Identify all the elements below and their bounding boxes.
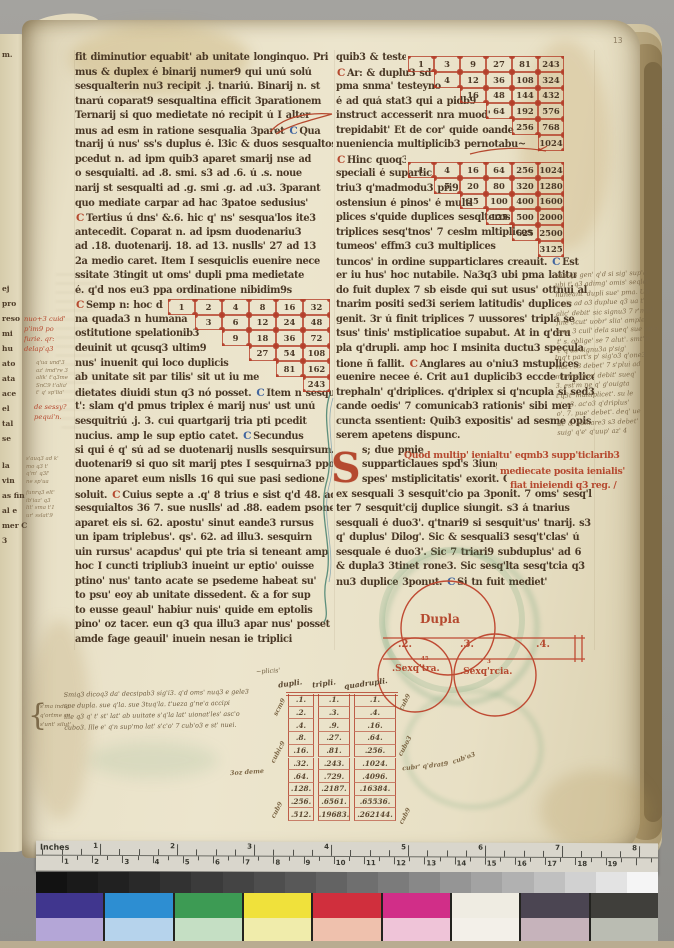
ruler-tick-cm <box>258 857 259 861</box>
grayscale-patch <box>67 872 98 893</box>
text-run: soluit. <box>75 490 111 501</box>
ruler-tick-cm <box>77 856 78 860</box>
text-line: sesquialtos 36 7. sue nuslls' ad .88. ea… <box>75 503 333 516</box>
text-line: ad .18. duotenarij. 18. ad 13. nuslls' 2… <box>75 241 333 254</box>
pilcrow-mark: C <box>552 256 560 268</box>
table-cell: 48 <box>486 88 512 104</box>
red-underline-swash <box>468 144 548 158</box>
ruler-tick-inch <box>370 850 371 856</box>
color-patch <box>591 893 658 918</box>
grayscale-patch <box>160 872 191 893</box>
table-cell: 64 <box>486 103 512 119</box>
text-run: ter 7 sesquit'cij duplice siungit. s3 á … <box>336 503 570 514</box>
table-cell: 4 <box>222 299 249 315</box>
ruler-tick-inch <box>177 844 178 855</box>
diagram-label-dupla: Dupla <box>420 612 460 626</box>
ruler-number-cm: 6 <box>215 858 220 866</box>
text-line: none aparet eum nislls 16 qui sue pasi s… <box>75 474 333 487</box>
text-line: hoc I cuncti tripliub3 inueint ur eptio'… <box>75 561 333 574</box>
ruler-number-cm: 12 <box>396 859 406 867</box>
color-patch <box>313 893 380 918</box>
text-run: antecedit. Coparat n. ad ipsm duodenariu… <box>75 227 301 238</box>
text-run: tumeos' effm3 cu3 multiplices <box>336 241 496 252</box>
facing-page-text-snippet: ace <box>2 389 16 398</box>
diagram-band-number: .4. <box>536 639 550 650</box>
text-line: aparet eis si. 62. apostu' sinut eande3 … <box>75 518 333 531</box>
text-run: pma snma' testeyno <box>336 81 441 92</box>
pastel-color-patch <box>105 918 172 943</box>
table-cell: 192 <box>512 103 538 119</box>
text-run: o sesquialti. ad .8. smi. s3 ad .6. ú .s… <box>75 168 302 179</box>
ruler-tick-cm <box>349 857 350 861</box>
pastel-color-patch <box>521 918 588 943</box>
text-line: CSemp n: hoc diui <box>75 299 163 312</box>
grayscale-patch <box>471 872 502 893</box>
ruler-tick-inch <box>119 849 120 855</box>
table-cell: 3 <box>195 315 222 331</box>
text-run: aparet eis si. 62. apostu' sinut eande3 … <box>75 518 314 529</box>
ruler-tick-inch <box>254 845 255 856</box>
ruler-tick-cm <box>319 857 320 861</box>
text-run: duotenari9 si quo sit marij ptes I sesqu… <box>75 459 333 470</box>
text-line: triplices sesq'tnos' 7 ceslm mltiplices <box>336 227 536 240</box>
facing-page-text-snippet: la <box>2 461 10 470</box>
pilcrow-mark: C <box>243 430 251 442</box>
ruler-number-cm: 15 <box>487 860 497 868</box>
text-line: soluit. CCuius septe a .q' 8 trius e sis… <box>75 489 333 502</box>
table-cell: 162 <box>303 361 330 377</box>
facing-page-text-snippet: 3 <box>2 536 7 545</box>
ruler-tick-inch <box>485 846 486 857</box>
table-cell: 16 <box>460 88 486 104</box>
text-run: ssitate 3tingit ut oms' dupli pma mediet… <box>75 270 304 281</box>
grayscale-patch <box>627 872 658 893</box>
table-cell: 12 <box>249 315 276 331</box>
table-cell: 400 <box>512 194 538 210</box>
table-cell: 81 <box>512 56 538 72</box>
grayscale-patch <box>565 872 596 893</box>
facing-page-text-snippet: ato <box>2 359 15 368</box>
text-run: pla q'drupli. amp hoc I msinita ductu3 s… <box>336 343 584 354</box>
table-cell: 256 <box>512 119 538 135</box>
text-run: 2a medio caret. Item I sesquiclis euenir… <box>75 256 320 267</box>
ruler-number-cm: 18 <box>577 860 587 868</box>
ruler-tick-cm <box>379 857 380 861</box>
table-cell: 12 <box>460 72 486 88</box>
table-cell: 48 <box>303 315 330 331</box>
ruler-tick-inch <box>350 850 351 856</box>
facing-page-text-snippet: el <box>2 404 10 413</box>
text-line: tnarú coparat9 sesqualtina efficit 3para… <box>75 96 333 109</box>
text-line: tumeos' effm3 cu3 multiplices <box>336 241 536 254</box>
page-edge-stack-4 <box>644 62 662 822</box>
ruler-number-cm: 7 <box>245 859 250 867</box>
ruler-tick-cm <box>545 858 546 865</box>
ruler-tick-cm <box>439 857 440 861</box>
table-cell: .729. <box>318 770 350 783</box>
ruler-tick-cm <box>530 858 531 862</box>
annotation-line: alik' t'q3me <box>36 375 84 383</box>
ruler-tick-inch <box>524 851 525 857</box>
text-run: tnarij ú nus' ss's duplus é. l3ic & duos… <box>75 139 333 150</box>
text-line: ssitate 3tingit ut oms' dupli pma mediet… <box>75 270 333 283</box>
grayscale-patch <box>191 872 222 893</box>
text-run: plices s'quide duplices sesqlteros' <box>336 212 510 223</box>
text-run: cande oedis' 7 comunicab3 rationis' sibi… <box>336 401 572 412</box>
ruler-number-cm: 1 <box>64 858 69 866</box>
diagram-correction-mark: 45 <box>421 656 429 662</box>
ruler-number-inch: 6 <box>473 844 483 852</box>
grayscale-patch <box>223 872 254 893</box>
annotation-line: p'im9 po <box>24 324 78 334</box>
ruler-tick-cm <box>394 857 395 864</box>
text-line: pcedut n. ad ipm quib3 aparet smarij nse… <box>75 154 333 167</box>
annotation-line: de sessy? <box>34 402 84 412</box>
annotation-line: mo q3 t' <box>26 464 76 472</box>
ruler-divider-line <box>36 855 658 859</box>
table-cell: .243. <box>318 758 350 771</box>
left-margin-red-note-1: nuo+3 cuid'p'im9 pofurie. qr:delap'q3 <box>24 314 78 354</box>
text-line: instruct accesserit nra muod' <box>336 110 510 123</box>
table-cell: 144 <box>512 88 538 104</box>
table-cell: 3125 <box>538 241 564 257</box>
annotation-line: funrq3 elt' <box>26 490 76 498</box>
ruler-number-inch: 7 <box>550 844 560 852</box>
ruler-tick-cm <box>424 857 425 864</box>
ruler-number-cm: 4 <box>155 858 160 866</box>
text-run: tsus' tinis' mstiplicatioe supabut. At i… <box>336 328 571 339</box>
text-run: pcedut n. ad ipm quib3 aparet smarij nse… <box>75 154 311 165</box>
table-cell: 25 <box>460 194 486 210</box>
ruler-tick-cm <box>183 856 184 863</box>
pastel-color-patch <box>313 918 380 943</box>
ruler-tick-inch <box>504 851 505 857</box>
text-run: Est <box>562 257 578 268</box>
table-cell: 500 <box>512 209 538 225</box>
ruler-number-inch: 8 <box>627 844 637 852</box>
table-cell: 1 <box>408 162 434 178</box>
text-line: serem apetens dispunc. <box>336 430 594 443</box>
grayscale-patch <box>285 872 316 893</box>
text-line: fit diminutior equabit' ab unitate longi… <box>75 52 333 65</box>
left-margin-red-note-2: de sessy?pequi'n. <box>34 402 84 422</box>
ruler-tick-inch <box>427 850 428 856</box>
text-line: t': slam q'd pmus triplex é marij nus' u… <box>75 401 333 414</box>
text-run: é ad quá stat3 qui a pidb9 <box>336 96 476 107</box>
ruler-number-cm: 3 <box>124 858 129 866</box>
text-line: cuncta ssentient: Quib3 expositis' ad se… <box>336 416 594 429</box>
text-line: sesquitriú .j. 3. cui quartgarij tria pt… <box>75 416 333 429</box>
ruler-tick-cm <box>621 858 622 862</box>
text-run: Semp n: hoc diui <box>86 300 163 311</box>
facing-page-text-snippet: reso <box>2 314 20 323</box>
table-cell: 16 <box>276 299 303 315</box>
text-run: Tertius ú dns' &.6. hic q' ns' sesqua'lo… <box>86 213 316 224</box>
parchment-stain <box>540 770 650 850</box>
ruler-tick-cm <box>153 856 154 863</box>
text-run: quib3 & testeyno <box>336 52 406 63</box>
table-cell: 18 <box>249 330 276 346</box>
diagram-band-number: .3. <box>460 639 474 650</box>
table-cell: 24 <box>276 315 303 331</box>
color-patch <box>244 893 311 918</box>
table-cell: .6561. <box>318 796 350 809</box>
text-run: ad .18. duotenarij. 18. ad 13. nuslls' 2… <box>75 241 316 252</box>
text-run: narij st sesqualti ad .g. smi .g. ad .u3… <box>75 183 320 194</box>
text-run: é. q'd nos eu3 ppa ordinatione nibidim9s <box>75 285 292 296</box>
color-patch <box>105 893 172 918</box>
ruler-number-cm: 13 <box>426 859 436 867</box>
ruler-tick-inch <box>601 851 602 857</box>
text-run: genit. 3r ú finit triplices 7 uussores' … <box>336 314 574 325</box>
ruler-tick-cm <box>122 856 123 863</box>
table-cell: .8. <box>288 732 314 745</box>
ruler-tick-cm <box>137 856 138 860</box>
text-run: un ipam triplebus'. qs'. 62. ad illu3. s… <box>75 532 312 543</box>
backing-surface <box>0 941 674 948</box>
pastel-calibration-bar <box>36 918 658 943</box>
text-run: mus ad esm in ratione sesqualia 3paret <box>75 126 288 137</box>
facing-page-text-snippet: mi <box>2 329 13 338</box>
text-line: sesqualterin nu3 recipit .j. tnariú. Bin… <box>75 81 333 94</box>
text-run: to eusse geaul' habiur nuis' quide em ep… <box>75 605 312 616</box>
table-cell: .4096. <box>354 770 396 783</box>
text-run: ostensiun é pinos' é multi <box>336 198 473 209</box>
ruler-tick-cm <box>500 858 501 862</box>
text-line: nucius. amp le sup eptio catet. CSecundu… <box>75 430 333 443</box>
annotation-line: lit' sma t'1 <box>26 505 76 513</box>
grayscale-patch <box>440 872 471 893</box>
table-cell: .4. <box>288 719 314 732</box>
text-run: quo mediate carpar ad hac 3patoe sedusiu… <box>75 198 308 209</box>
table-cell: .16384. <box>354 783 396 796</box>
table-cell: 27 <box>249 346 276 362</box>
facing-page-text-snippet: as fin <box>2 491 25 500</box>
table-cell: 4 <box>434 72 460 88</box>
ruler-tick-cm <box>243 857 244 864</box>
ruler-tick-inch <box>293 850 294 856</box>
text-run: do fuit duplex 7 sb eisde qui sut usus' … <box>336 285 587 296</box>
grayscale-patch <box>98 872 129 893</box>
ruler-tick-cm <box>198 856 199 860</box>
grayscale-patch <box>254 872 285 893</box>
text-run: supparticlaues spd's 3iungant pma <box>362 459 497 470</box>
table-cell: 1024 <box>538 162 564 178</box>
annotation-line: q'ua und'3 <box>36 360 84 368</box>
table-cell: 1280 <box>538 178 564 194</box>
text-line: dietates diuidi stun q3 nó posset. CItem… <box>75 387 333 400</box>
table-cell: 256 <box>512 162 538 178</box>
pilcrow-mark: C <box>256 387 264 399</box>
text-run: Secundus <box>253 431 303 442</box>
text-run: hoc I cuncti tripliub3 inueint ur eptio'… <box>75 561 314 572</box>
text-line: supparticlaues spd's 3iungant pma <box>362 459 497 472</box>
text-run: instruct accesserit nra muod' <box>336 110 490 121</box>
ruler-number-inch: 2 <box>165 842 175 850</box>
table-cell: .65536. <box>354 796 396 809</box>
text-line: é. q'd nos eu3 ppa ordinatione nibidim9s <box>75 285 333 298</box>
annotation-line: nuo+3 cuid' <box>24 314 78 324</box>
annotation-line: ne sp'ua <box>26 479 76 487</box>
text-run: nus' inuenit qui loco duplicis <box>75 358 228 369</box>
ruler-tick-cm <box>92 856 93 863</box>
ruler-tick-cm <box>560 858 561 862</box>
table-cell: 243 <box>538 56 564 72</box>
text-run: cuncta ssentient: Quib3 expositis' ad se… <box>336 416 591 427</box>
text-line: trepidabit' Et de cor' quide oande <box>336 125 536 138</box>
text-line: tuncos' in ordine supparticlares creauit… <box>336 256 594 269</box>
table-cell: .1. <box>354 694 396 707</box>
ruler-tick-inch <box>216 849 217 855</box>
text-line: amde fage geauil' inuein nesan ie tripli… <box>75 634 333 647</box>
text-line: quo mediate carpar ad hac 3patoe sedusiu… <box>75 198 333 211</box>
ruler-tick-cm <box>485 858 486 865</box>
text-run: none aparet eum nislls 16 qui sue pasi s… <box>75 474 325 485</box>
annotation-line: furie. qr: <box>24 334 78 344</box>
table-cell: 108 <box>512 72 538 88</box>
table-cell: 2500 <box>538 225 564 241</box>
text-line: ptino' nus' tanto acate se psedeme habea… <box>75 576 333 589</box>
text-run: amde fage geauil' inuein nesan ie tripli… <box>75 634 292 645</box>
ruler-tick-cm <box>455 857 456 864</box>
color-patch <box>175 893 242 918</box>
grayscale-patch <box>534 872 565 893</box>
folio-number: 13 <box>613 36 623 45</box>
text-line: tsus' tinis' mstiplicatioe supabut. At i… <box>336 328 594 341</box>
text-run: nucius. amp le sup eptio catet. <box>75 431 242 442</box>
table-cell: 243 <box>303 377 330 393</box>
table-cell: .1024. <box>354 758 396 771</box>
show-through-smudge <box>88 742 218 778</box>
table-cell: .3. <box>318 707 350 720</box>
text-run: serem apetens dispunc. <box>336 430 460 441</box>
text-line: CHinc quoq3 p <box>336 154 406 167</box>
table-cell: 2 <box>195 299 222 315</box>
diagram-label-sesquialtera: .Sexq'tra. <box>392 664 440 674</box>
annotation-line: ur' sslat'9 <box>26 513 76 521</box>
text-run: t': slam q'd pmus triplex é marij nus' u… <box>75 401 315 412</box>
annotation-line: q'm' q3l' <box>26 471 76 479</box>
measurement-ruler: Inches 123456781234567891011121314151617… <box>36 841 658 874</box>
table-cell: 9 <box>222 330 249 346</box>
table-cell: 2000 <box>538 209 564 225</box>
ruler-tick-cm <box>409 857 410 861</box>
ruler-tick-cm <box>651 858 652 862</box>
text-run: mus & duplex é binarij numer9 qui unú so… <box>75 67 312 78</box>
grayscale-calibration-bar <box>36 872 658 893</box>
annotation-line: SnC9 t'alia' <box>36 383 84 391</box>
text-line: to eusse geaul' habiur nuis' quide em ep… <box>75 605 333 618</box>
table-cell: 125 <box>486 209 512 225</box>
ruler-tick-inch <box>235 850 236 856</box>
color-patch <box>452 893 519 918</box>
table-cell: .27. <box>318 732 350 745</box>
table-cell: .2. <box>288 707 314 720</box>
filigree-flourish <box>316 392 340 624</box>
ruler-tick-cm <box>228 856 229 860</box>
text-line: duotenari9 si quo sit marij ptes I sesqu… <box>75 459 333 472</box>
right-margin-note-1: Nunq3 gen' q'd si sig' sup'aubi t' q3 ad… <box>555 268 664 356</box>
facing-page-text-snippet: al e <box>2 506 17 515</box>
ruler-tick-cm <box>107 856 108 860</box>
table-cell: .64. <box>354 732 396 745</box>
table-cell: 27 <box>486 56 512 72</box>
table-cell: 81 <box>276 361 303 377</box>
grayscale-patch <box>36 872 67 893</box>
manuscript-photo: 13 fit diminutior equabit' ab unitate lo… <box>0 0 674 948</box>
text-line: ab unitate sit par tilis' sit ut iu me <box>75 372 297 385</box>
table-cell: .256. <box>288 796 314 809</box>
ruler-number-cm: 19 <box>608 860 618 868</box>
text-run: Cuius septe a .q' 8 trius e sist q'd 48.… <box>122 490 333 501</box>
text-line: ter 7 sesquit'cij duplice siungit. s3 á … <box>336 503 594 516</box>
table-cell: 1 <box>168 299 195 315</box>
text-run: sesqualterin nu3 recipit .j. tnariú. Bin… <box>75 81 320 92</box>
annotation-line: t' q' sp'lia' <box>36 390 84 398</box>
text-line: q' duplus' Dilog'. Sic & sesquali3 sesq'… <box>336 532 594 545</box>
table-cell: 108 <box>303 346 330 362</box>
table-cell: .16. <box>354 719 396 732</box>
text-run: tione ñ fallit. <box>336 359 409 370</box>
text-run: sesquitriú .j. 3. cui quartgarij tria pt… <box>75 416 307 427</box>
ruler-tick-cm <box>168 856 169 860</box>
table-cell: 4 <box>434 162 460 178</box>
table-cell: 1024 <box>538 135 564 151</box>
ruler-tick-cm <box>62 856 63 863</box>
text-line: spes' mstiplicitatis' exorit. Oms' n dup… <box>362 474 507 487</box>
ruler-number-inch: 5 <box>396 843 406 851</box>
table-cell: 8 <box>249 299 276 315</box>
rubric-text: mediecate posita ienialis' <box>500 466 625 477</box>
ruler-tick-inch <box>543 851 544 857</box>
ruler-tick-inch <box>447 850 448 856</box>
text-run: to psu' eoy ab unitate dissedent. & a fo… <box>75 590 310 601</box>
table-cell: .16. <box>288 745 314 758</box>
pastel-color-patch <box>383 918 450 943</box>
text-run: sesquialtos 36 7. sue nuslls' ad .88. ea… <box>75 503 333 514</box>
facing-page-text-snippet: pro <box>2 299 16 308</box>
table-cell: 3 <box>434 56 460 72</box>
grayscale-patch <box>502 872 533 893</box>
table-cell: .64. <box>288 770 314 783</box>
text-run: deuinit ut qcusq3 ultim9 <box>75 343 206 354</box>
bottom-left-note: Smiq3 dicoq3 da' decsipab3 sig'i3. q'd o… <box>64 686 273 734</box>
text-line: CTertius ú dns' &.6. hic q' ns' sesqua'l… <box>75 212 333 225</box>
text-line: quib3 & testeyno <box>336 52 406 65</box>
table-cell: .19683. <box>318 808 350 821</box>
text-line: un ipam triplebus'. qs'. 62. ad illu3. s… <box>75 532 333 545</box>
facing-page-text-snippet: hu <box>2 344 13 353</box>
ruler-tick-inch <box>408 845 409 856</box>
text-run: dietates diuidi stun q3 nó posset. <box>75 388 255 399</box>
table-cell: 625 <box>512 225 538 241</box>
pilcrow-mark: C <box>410 358 418 370</box>
text-line: ostitutione spelationib3 <box>75 328 217 341</box>
ruler-number-inch: 4 <box>319 843 329 851</box>
table-cell: 72 <box>303 330 330 346</box>
table-cell: .4. <box>354 707 396 720</box>
text-line: antecedit. Coparat n. ad ipsm duodenariu… <box>75 227 333 240</box>
annotation-line: pequi'n. <box>34 412 84 422</box>
text-run: trepidabit' Et de cor' quide oande <box>336 125 514 136</box>
facing-page-text-snippet: se <box>2 434 11 443</box>
annotation-line: ib'iaz' q3 <box>26 498 76 506</box>
table-cell: 64 <box>486 162 512 178</box>
text-run: ostitutione spelationib3 <box>75 328 199 339</box>
facing-page-text-snippet: ej <box>2 284 10 293</box>
table-cell: .1. <box>318 694 350 707</box>
text-line: na quada3 n humana <box>75 314 190 327</box>
